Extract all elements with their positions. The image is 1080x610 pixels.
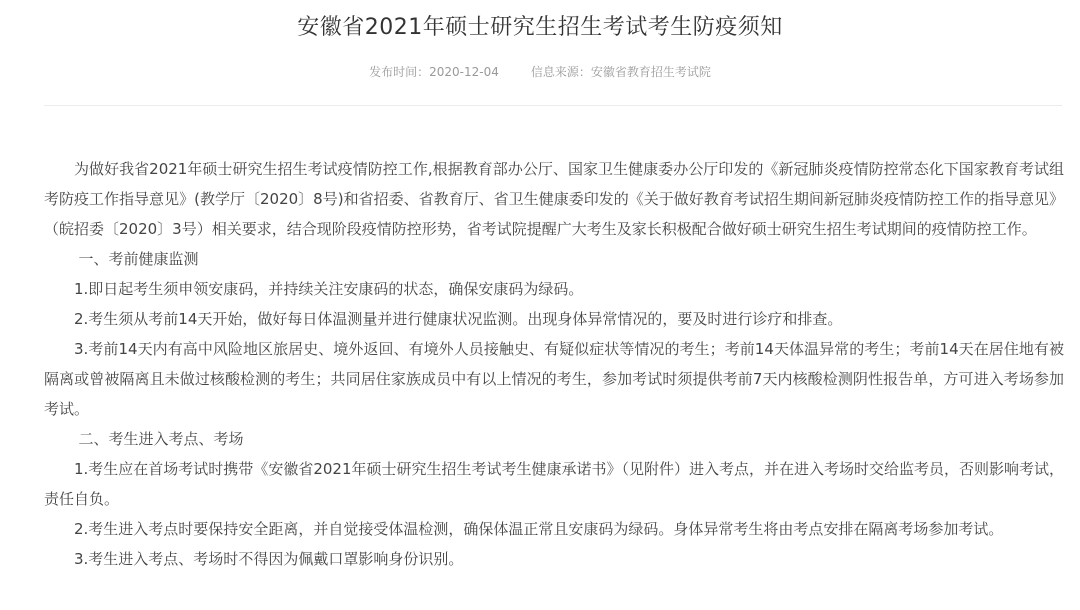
list-item: 3.考生进入考点、考场时不得因为佩戴口罩影响身份识别。 <box>44 544 1064 574</box>
list-item: 2.考生进入考点时要保持安全距离，并自觉接受体温检测，确保体温正常且安康码为绿码… <box>44 514 1064 544</box>
list-item: 1.即日起考生须申领安康码，并持续关注安康码的状态，确保安康码为绿码。 <box>44 274 1064 304</box>
source-name: 安徽省教育招生考试院 <box>591 65 711 79</box>
list-item: 3.考前14天内有高中风险地区旅居史、境外返回、有境外人员接触史、有疑似症状等情… <box>44 334 1064 424</box>
source-label: 信息来源： <box>531 65 591 79</box>
section-heading-health-monitoring: 一、考前健康监测 <box>44 244 1064 274</box>
header-divider <box>44 105 1062 106</box>
section-heading-entering-exam-site: 二、考生进入考点、考场 <box>44 424 1064 454</box>
article-meta: 发布时间：2020-12-04信息来源：安徽省教育招生考试院 <box>0 62 1080 82</box>
publish-date: 2020-12-04 <box>429 65 499 79</box>
list-item: 2.考生须从考前14天开始，做好每日体温测量并进行健康状况监测。出现身体异常情况… <box>44 304 1064 334</box>
publish-date-label: 发布时间： <box>369 65 429 79</box>
article-body: 为做好我省2021年硕士研究生招生考试疫情防控工作,根据教育部办公厅、国家卫生健… <box>44 154 1064 574</box>
intro-paragraph: 为做好我省2021年硕士研究生招生考试疫情防控工作,根据教育部办公厅、国家卫生健… <box>44 154 1064 244</box>
list-item: 1.考生应在首场考试时携带《安徽省2021年硕士研究生招生考试考生健康承诺书》（… <box>44 454 1064 514</box>
article-title: 安徽省2021年硕士研究生招生考试考生防疫须知 <box>0 12 1080 44</box>
